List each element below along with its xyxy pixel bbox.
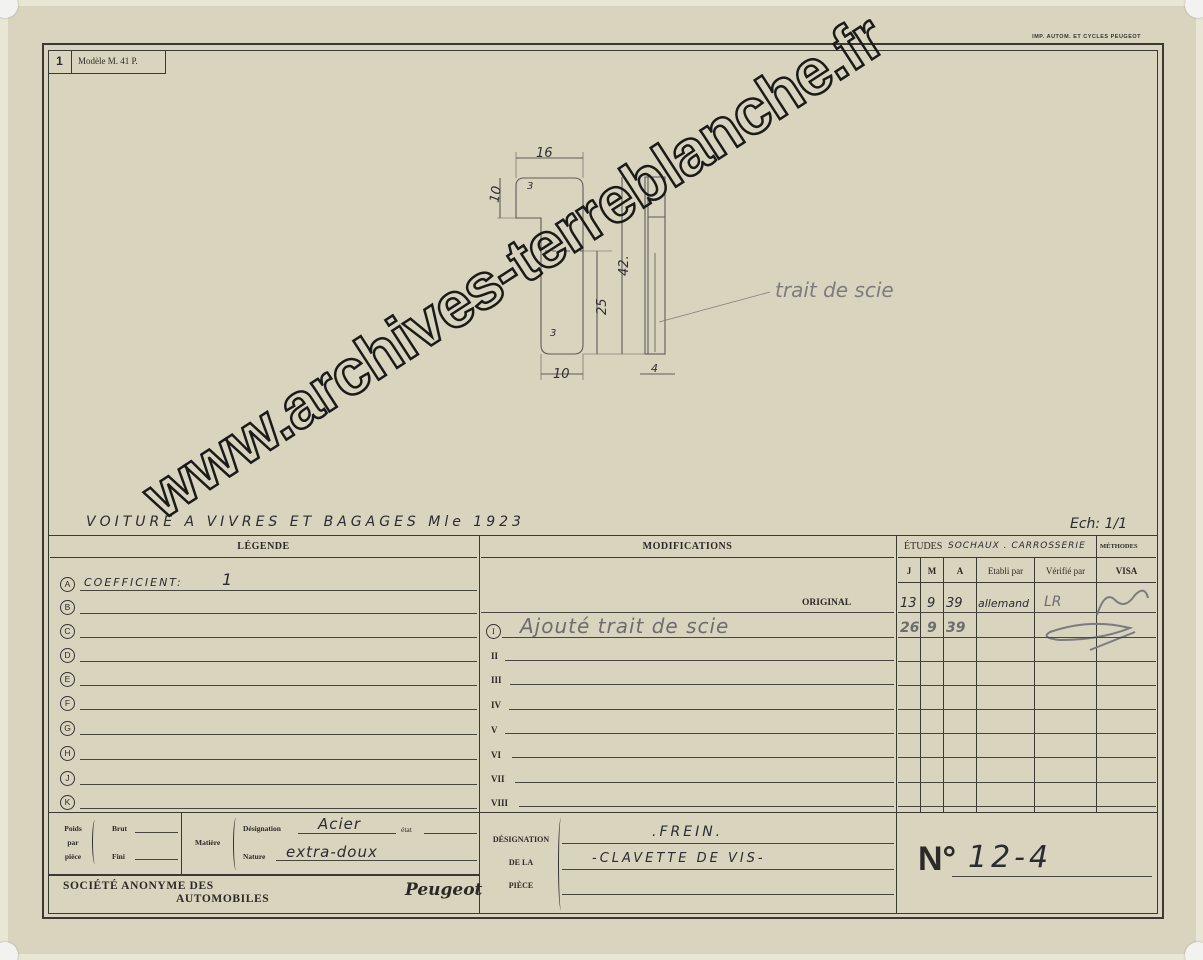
weight-label: Poids	[58, 824, 88, 833]
part-designation-label: PIÈCE	[480, 881, 562, 890]
brace	[558, 818, 564, 910]
state-label: état	[401, 825, 412, 834]
state-field	[424, 833, 477, 834]
material-label: Matière	[195, 838, 220, 847]
divider	[898, 782, 1156, 783]
divider	[898, 806, 1156, 807]
brace	[92, 820, 98, 864]
divider	[898, 733, 1156, 734]
part-subname: -CLAVETTE DE VIS-	[592, 851, 766, 866]
divider	[898, 661, 1156, 662]
brace	[233, 818, 239, 870]
divider	[898, 685, 1156, 686]
designation-label: Désignation	[243, 824, 281, 833]
net-weight-label: Fini	[112, 852, 125, 861]
part-line	[562, 869, 894, 870]
company-name-line2: AUTOMOBILES	[176, 893, 269, 905]
material-designation: Acier	[318, 815, 361, 833]
peugeot-logo: Peugeot	[405, 880, 482, 900]
divider	[898, 709, 1156, 710]
weight-label: par	[58, 838, 88, 847]
gross-weight-label: Brut	[112, 824, 127, 833]
part-designation-label: DE LA	[480, 858, 562, 867]
part-name: .FREIN.	[652, 824, 723, 840]
nature-field	[276, 860, 477, 861]
weight-label: pièce	[58, 852, 88, 861]
number-line	[952, 876, 1152, 877]
part-number: 12-4	[968, 840, 1052, 875]
divider	[48, 874, 479, 876]
part-line	[562, 894, 894, 895]
material-nature: extra-doux	[286, 843, 378, 861]
part-designation-label: DÉSIGNATION	[480, 835, 562, 844]
designation-field	[298, 833, 396, 834]
net-weight-field	[135, 859, 178, 860]
divider	[181, 812, 182, 874]
company-name-line1: SOCIÉTÉ ANONYME DES	[63, 880, 214, 892]
divider	[898, 637, 1156, 638]
number-prefix: N°	[918, 840, 956, 879]
divider	[898, 757, 1156, 758]
gross-weight-field	[135, 832, 178, 833]
nature-label: Nature	[243, 852, 265, 861]
part-line	[562, 843, 894, 844]
